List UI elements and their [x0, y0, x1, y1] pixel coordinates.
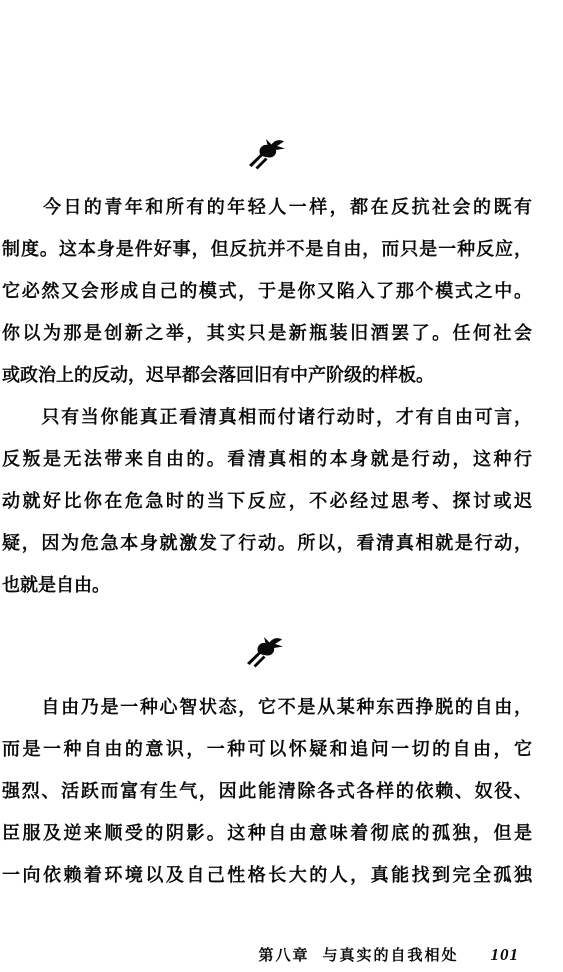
text-line: 自由乃是一种心智状态，它不是从某种东西挣脱的自由， — [2, 686, 532, 728]
bird-flourish-icon — [245, 636, 285, 668]
footer-page-number: 101 — [491, 945, 520, 965]
text-line: 今日的青年和所有的年轻人一样，都在反抗社会的既有 — [2, 186, 532, 228]
body-text-upper: 今日的青年和所有的年轻人一样，都在反抗社会的既有 制度。这本身是件好事，但反抗并… — [2, 186, 532, 606]
footer-chapter-number: 第八章 — [258, 944, 309, 965]
text-line: 反叛是无法带来自由的。看清真相的本身就是行动，这种行 — [2, 438, 532, 480]
book-page: 今日的青年和所有的年轻人一样，都在反抗社会的既有 制度。这本身是件好事，但反抗并… — [0, 0, 563, 972]
text-line: 一向依赖着环境以及自己性格长大的人，真能找到完全孤独 — [2, 854, 532, 896]
text-line: 它必然又会形成自己的模式，于是你又陷入了那个模式之中。 — [2, 270, 532, 312]
text-line: 而是一种自由的意识，一种可以怀疑和追问一切的自由，它 — [2, 728, 532, 770]
footer-chapter-title: 与真实的自我相处 — [322, 944, 458, 965]
body-text-lower: 自由乃是一种心智状态，它不是从某种东西挣脱的自由， 而是一种自由的意识，一种可以… — [2, 686, 532, 896]
text-line: 只有当你能真正看清真相而付诸行动时，才有自由可言， — [2, 396, 532, 438]
text-line: 或政治上的反动，迟早都会落回旧有中产阶级的样板。 — [2, 354, 532, 396]
text-line: 强烈、活跃而富有生气，因此能清除各式各样的依赖、奴役、 — [2, 770, 532, 812]
bird-flourish-icon — [247, 138, 287, 170]
text-line: 制度。这本身是件好事，但反抗并不是自由，而只是一种反应， — [2, 228, 532, 270]
text-line: 臣服及逆来顺受的阴影。这种自由意味着彻底的孤独，但是 — [2, 812, 532, 854]
text-line: 你以为那是创新之举，其实只是新瓶装旧酒罢了。任何社会 — [2, 312, 532, 354]
page-footer: 第八章 与真实的自我相处 101 — [0, 944, 519, 965]
text-line: 也就是自由。 — [2, 564, 532, 606]
text-line: 动就好比你在危急时的当下反应，不必经过思考、探讨或迟 — [2, 480, 532, 522]
text-line: 疑，因为危急本身就激发了行动。所以，看清真相就是行动， — [2, 522, 532, 564]
